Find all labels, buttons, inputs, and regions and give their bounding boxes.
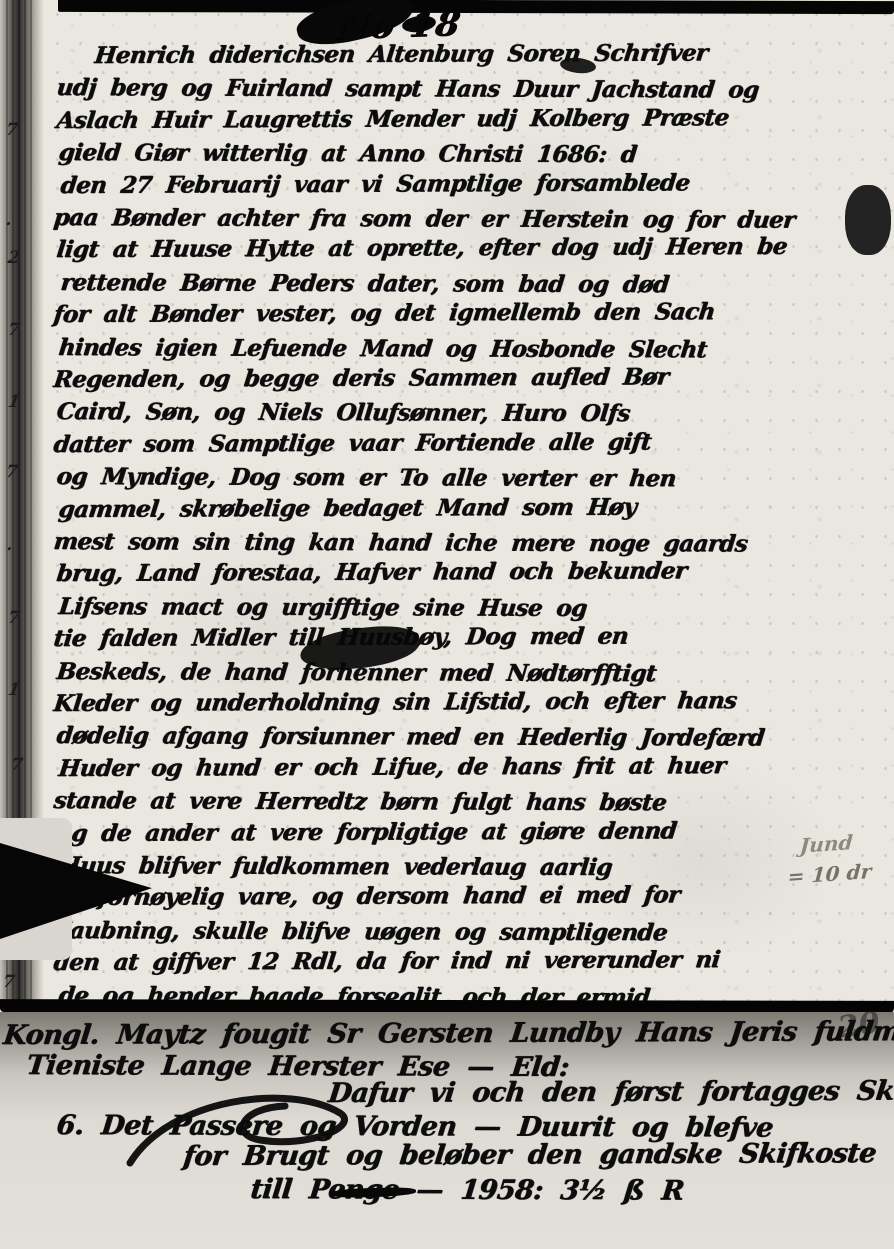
manuscript-line: Kleder og underholdning sin Lifstid, och…: [52, 689, 737, 715]
manuscript-line: Huus blifver fuldkommen vederlaug aarlig: [58, 854, 614, 879]
manuscript-line: tie falden Midler till Huusbøy, Dog med …: [52, 625, 629, 651]
manuscript-line: paa Bønder achter fra som der er Herstei…: [53, 206, 796, 232]
manuscript-line: Henrich diderichsen Altenburg Soren Schr…: [93, 41, 708, 67]
manuscript-line: Lifsens mact og urgifftige sine Huse og: [58, 595, 588, 620]
manuscript-line: Haubning, skulle blifve uøgen og samptli…: [48, 919, 669, 944]
film-edge-bar: [58, 0, 894, 14]
manuscript-line: og de ander at vere forpligtige at giøre…: [55, 819, 677, 845]
manuscript-line: 6. Det Passere og Vorden — Duurit og ble…: [55, 1112, 774, 1142]
manuscript-line: ligt at Huuse Hytte at oprette, efter do…: [55, 235, 788, 261]
manuscript-line: till Penge — 1958: 3½ ß R: [249, 1176, 685, 1205]
manuscript-line: Huder og hund er och Lifue, de hans frit…: [57, 754, 726, 780]
manuscript-line: hindes igien Lefuende Mand og Hosbonde S…: [58, 336, 708, 361]
manuscript-line: den 27 Februarij vaar vi Samptlige forsa…: [59, 171, 690, 197]
margin-note-word: Jund: [799, 830, 854, 858]
manuscript-line: Beskeds, de hand forhenner med Nødtørfft…: [56, 660, 658, 685]
ink-blot: [845, 185, 891, 255]
manuscript-line: den at giffver 12 Rdl, da for ind ni ver…: [52, 948, 721, 974]
manuscript-line: stande at vere Herredtz børn fulgt hans …: [53, 789, 668, 814]
manuscript-line: for Brugt og beløber den gandske Skifkos…: [182, 1140, 877, 1170]
manuscript-line: rettende Børne Peders dater, som bad og …: [60, 271, 670, 296]
manuscript-line: Dafur vi och den først fortagges Skiffor…: [327, 1077, 894, 1107]
manuscript-line: Aslach Huir Laugrettis Mender udj Kolber…: [55, 106, 730, 132]
manuscript-scan: 7.2717.717.7 No 18 Henrich diderichsen A…: [0, 0, 894, 1249]
manuscript-line: for alt Bønder vester, og det igmellemb …: [52, 300, 716, 326]
manuscript-line: mest som sin ting kan hand iche mere nog…: [53, 530, 749, 555]
manuscript-line: dødelig afgang forsiunner med en Hederli…: [56, 724, 766, 749]
manuscript-line: Caird, Søn, og Niels Ollufsønner, Huro O…: [56, 400, 631, 425]
manuscript-line: gield Giør witterlig at Anno Christi 168…: [58, 141, 638, 166]
manuscript-line: Regenden, og begge deris Sammen aufled B…: [52, 365, 669, 391]
manuscript-line: brug, Land forestaa, Hafver hand och bek…: [55, 560, 687, 586]
manuscript-line: udj berg og Fuirland sampt Hans Duur Jac…: [56, 76, 760, 101]
manuscript-line: datter som Samptlige vaar Fortiende alle…: [52, 430, 652, 456]
margin-note-amount: = 10 dr: [787, 859, 872, 889]
manuscript-line: gammel, skrøbelige bedaget Mand som Høy: [57, 495, 637, 521]
manuscript-line: Kongl. Maytz fougit Sr Gersten Lundby Ha…: [2, 1018, 894, 1049]
manuscript-line: og Myndige, Dog som er To alle verter er…: [56, 465, 677, 490]
